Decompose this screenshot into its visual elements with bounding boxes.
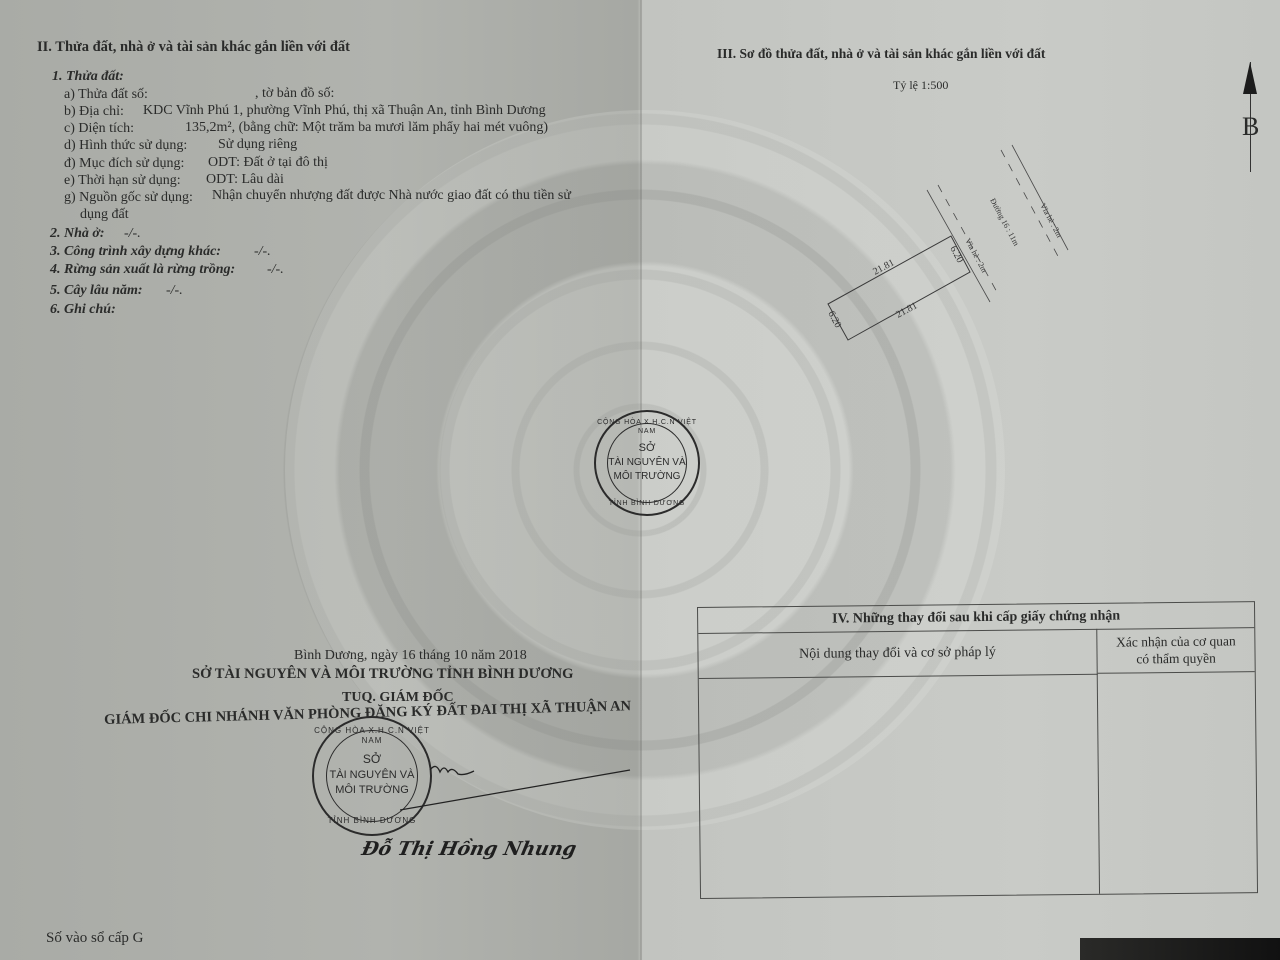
seal-center-line3: MÔI TRƯỜNG bbox=[596, 471, 698, 484]
address-label: b) Địa chỉ: bbox=[64, 105, 124, 119]
confirmation-line1: Xác nhận của cơ quan bbox=[1116, 633, 1236, 649]
notes-label: 6. Ghi chú: bbox=[50, 303, 116, 317]
other-construction-label: 3. Công trình xây dựng khác: bbox=[50, 245, 221, 259]
changes-col-divider bbox=[1097, 674, 1100, 894]
usage-form-label: d) Hình thức sử dụng: bbox=[64, 139, 187, 153]
place-date: Bình Dương, ngày 16 tháng 10 năm 2018 bbox=[294, 649, 527, 663]
address-value: KDC Vĩnh Phú 1, phường Vĩnh Phú, thị xã … bbox=[143, 104, 546, 118]
origin-label: g) Nguồn gốc sử dụng: bbox=[64, 191, 193, 205]
usage-form-value: Sử dụng riêng bbox=[218, 138, 297, 152]
seal-top-arc: CỘNG HÒA X.H.C.N VIỆT NAM bbox=[314, 726, 430, 746]
dim-short-front: 6.20 bbox=[947, 244, 965, 265]
usage-term-label: e) Thời hạn sử dụng: bbox=[64, 174, 181, 188]
production-forest-value: -/-. bbox=[267, 263, 284, 277]
map-scale: Tỷ lệ 1:500 bbox=[893, 79, 948, 91]
certificate-page-spread: II. Thửa đất, nhà ở và tài sản khác gắn … bbox=[0, 0, 1280, 960]
changes-col-content: Nội dung thay đổi và cơ sở pháp lý bbox=[698, 629, 1097, 679]
section-ii-title: II. Thửa đất, nhà ở và tài sản khác gắn … bbox=[37, 40, 350, 55]
area-label: c) Diện tích: bbox=[64, 122, 134, 136]
signature-stroke bbox=[400, 760, 640, 830]
other-construction-value: -/-. bbox=[254, 245, 271, 259]
changes-table: IV. Những thay đổi sau khi cấp giấy chứn… bbox=[697, 601, 1258, 899]
origin-value: Nhận chuyển nhượng đất được Nhà nước gia… bbox=[212, 189, 571, 203]
seal-center-line2: TÀI NGUYÊN VÀ bbox=[596, 457, 698, 470]
changes-col-confirmation: Xác nhận của cơ quan có thẩm quyền bbox=[1097, 627, 1254, 674]
usage-purpose-label: đ) Mục đích sử dụng: bbox=[64, 157, 184, 171]
perennial-trees-label: 5. Cây lâu năm: bbox=[50, 284, 143, 298]
map-sheet-label: , tờ bản đồ số: bbox=[255, 87, 334, 101]
issuing-agency: SỞ TÀI NGUYÊN VÀ MÔI TRƯỜNG TỈNH BÌNH DƯ… bbox=[192, 667, 573, 682]
seal-center-bottom-arc: TỈNH BÌNH DƯƠNG bbox=[596, 500, 698, 509]
dim-long-bottom: 21.81 bbox=[894, 300, 919, 320]
house-label: 2. Nhà ở: bbox=[50, 227, 105, 241]
parcel-number-label: a) Thửa đất số: bbox=[64, 88, 148, 102]
sidewalk-inner-label: Vỉa hè : 2m bbox=[963, 237, 989, 275]
perennial-trees-value: -/-. bbox=[166, 284, 183, 298]
area-value: 135,2m², (bằng chữ: Một trăm ba mươi lăm… bbox=[185, 121, 548, 135]
seal-center-top-arc: CỘNG HÒA X.H.C.N VIỆT NAM bbox=[596, 419, 698, 437]
north-label: B bbox=[1242, 112, 1259, 142]
usage-term-value: ODT: Lâu dài bbox=[206, 173, 284, 187]
parcel-map: 21.81 21.81 6.20 6.20 Vỉa hè : 2m Đường … bbox=[810, 130, 1070, 360]
official-seal-center: CỘNG HÒA X.H.C.N VIỆT NAM SỞ TÀI NGUYÊN … bbox=[594, 410, 700, 516]
signer-name: Đỗ Thị Hồng Nhung bbox=[360, 838, 579, 860]
house-value: -/-. bbox=[124, 227, 141, 241]
confirmation-line2: có thẩm quyền bbox=[1136, 651, 1216, 667]
origin-value-continuation: dụng đất bbox=[80, 208, 129, 222]
parcel-heading: 1. Thửa đất: bbox=[52, 70, 124, 84]
section-iii-title: III. Sơ đồ thửa đất, nhà ở và tài sản kh… bbox=[717, 47, 1045, 61]
registry-number-label: Số vào sổ cấp G bbox=[46, 931, 144, 946]
dim-long-top: 21.81 bbox=[871, 257, 896, 277]
background-surface bbox=[1080, 938, 1280, 960]
road-label: Đường 16 : 11m bbox=[988, 197, 1021, 248]
north-arrow-icon bbox=[1243, 62, 1257, 94]
production-forest-label: 4. Rừng sản xuất là rừng trồng: bbox=[50, 263, 235, 277]
usage-purpose-value: ODT: Đất ở tại đô thị bbox=[208, 156, 328, 170]
sidewalk-outer-label: Vỉa hè : 2m bbox=[1038, 202, 1064, 240]
seal-center-line1: SỞ bbox=[596, 442, 698, 456]
